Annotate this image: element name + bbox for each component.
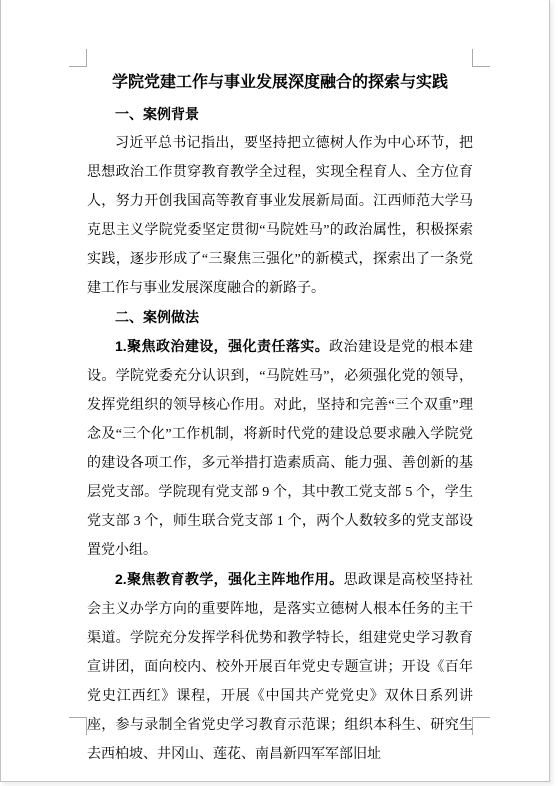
text-boundary-top-left-icon	[69, 49, 87, 67]
paragraph-lead-political-construction: 1.聚焦政治建设，强化责任落实。	[115, 338, 329, 354]
section-heading-case-background: 一、案例背景	[87, 100, 473, 129]
text-boundary-bottom-right-icon	[472, 717, 490, 735]
document-text-area: 学院党建工作与事业发展深度融合的探索与实践 一、案例背景 习近平总书记指出，要坚…	[87, 66, 473, 769]
paragraph-political-construction: 1.聚焦政治建设，强化责任落实。政治建设是党的根本建设。学院党委充分认识到，“马…	[87, 332, 473, 565]
paragraph-text-political-construction: 政治建设是党的根本建设。学院党委充分认识到，“马院姓马”，必须强化党的领导，发挥…	[87, 340, 473, 558]
paragraph-education-teaching: 2.聚焦教育教学，强化主阵地作用。思政课是高校坚持社会主义办学方向的重要阵地，是…	[87, 565, 473, 769]
paragraph-lead-education-teaching: 2.聚焦教育教学，强化主阵地作用。	[115, 571, 344, 587]
document-page: 学院党建工作与事业发展深度融合的探索与实践 一、案例背景 习近平总书记指出，要坚…	[0, 0, 550, 782]
text-boundary-top-right-icon	[472, 49, 490, 67]
paragraph-text-education-teaching: 思政课是高校坚持社会主义办学方向的重要阵地，是落实立德树人根本任务的主干渠道。学…	[87, 573, 473, 762]
document-title: 学院党建工作与事业发展深度融合的探索与实践	[87, 66, 473, 100]
paragraph-case-background: 习近平总书记指出，要坚持把立德树人作为中心环节，把思想政治工作贯穿教育教学全过程…	[87, 129, 473, 303]
section-heading-case-methods: 二、案例做法	[87, 303, 473, 332]
text-boundary-bottom-left-icon	[69, 717, 87, 735]
